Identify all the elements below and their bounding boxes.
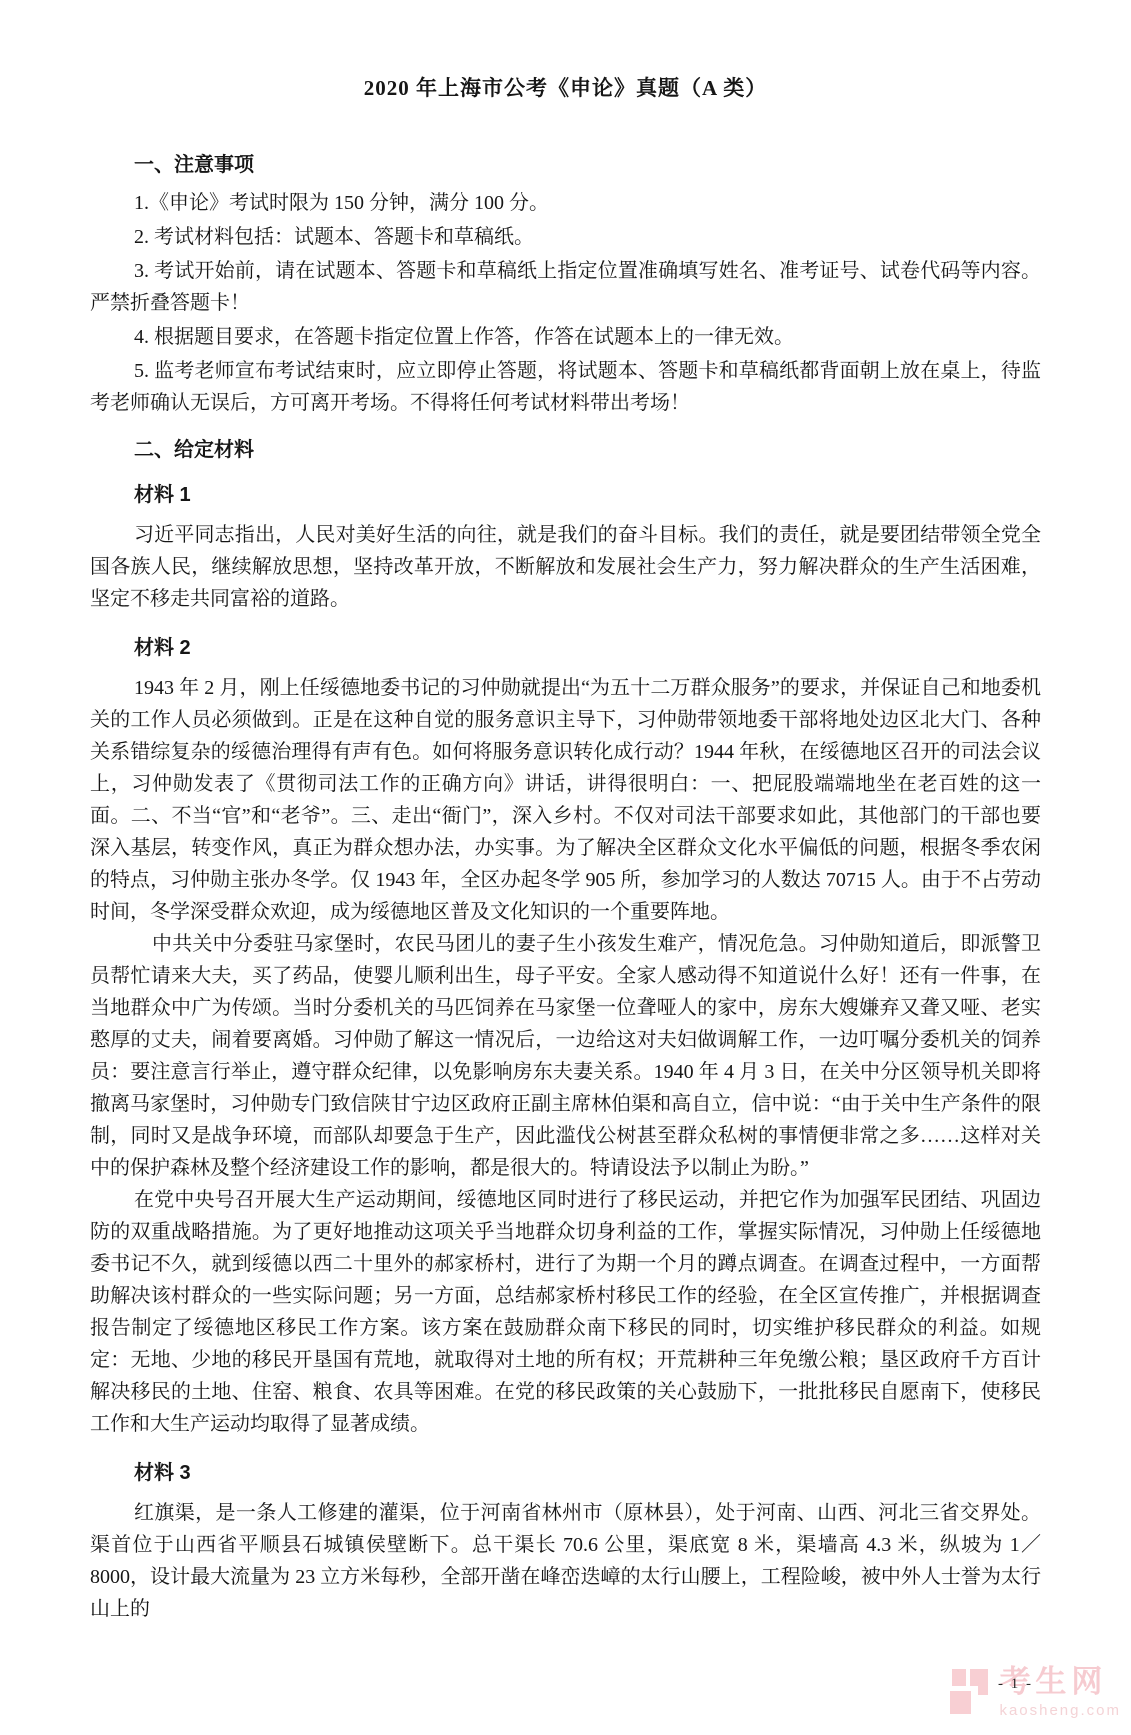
materials-heading: 二、给定材料: [90, 433, 1041, 462]
material-2-paragraph-1: 1943 年 2 月，刚上任绥德地委书记的习仲勋就提出“为五十二万群众服务”的要…: [90, 672, 1041, 928]
material-2-label: 材料 2: [90, 631, 1041, 660]
notice-item-1: 1.《申论》考试时限为 150 分钟，满分 100 分。: [90, 187, 1041, 219]
notice-item-5: 5. 监考老师宣布考试结束时，应立即停止答题，将试题本、答题卡和草稿纸都背面朝上…: [90, 355, 1041, 419]
material-1-paragraph: 习近平同志指出，人民对美好生活的向往，就是我们的奋斗目标。我们的责任，就是要团结…: [90, 519, 1041, 615]
notice-item-4: 4. 根据题目要求，在答题卡指定位置上作答，作答在试题本上的一律无效。: [90, 321, 1041, 353]
kaosheng-logo-icon: [950, 1668, 990, 1716]
material-1-label: 材料 1: [90, 478, 1041, 507]
material-3-paragraph: 红旗渠，是一条人工修建的灌渠，位于河南省林州市（原林县），处于河南、山西、河北三…: [90, 1497, 1041, 1625]
document-title: 2020 年上海市公考《申论》真题（A 类）: [90, 72, 1041, 102]
material-2-paragraph-3: 在党中央号召开展大生产运动期间，绥德地区同时进行了移民运动，并把它作为加强军民团…: [90, 1184, 1041, 1440]
watermark-site-domain: kaosheng.com: [999, 1702, 1121, 1719]
document-page: 2020 年上海市公考《申论》真题（A 类） 一、注意事项 1.《申论》考试时限…: [0, 0, 1131, 1735]
kaosheng-watermark: 考生网 kaosheng.com: [950, 1666, 1121, 1719]
page-number: - 1 -: [998, 1676, 1033, 1693]
material-2-paragraph-2: 中共关中分委驻马家堡时，农民马团儿的妻子生小孩发生难产，情况危急。习仲勋知道后，…: [90, 928, 1041, 1184]
notice-item-2: 2. 考试材料包括：试题本、答题卡和草稿纸。: [90, 221, 1041, 253]
material-3-label: 材料 3: [90, 1456, 1041, 1485]
notice-heading: 一、注意事项: [90, 148, 1041, 177]
notice-item-3: 3. 考试开始前，请在试题本、答题卡和草稿纸上指定位置准确填写姓名、准考证号、试…: [90, 255, 1041, 319]
